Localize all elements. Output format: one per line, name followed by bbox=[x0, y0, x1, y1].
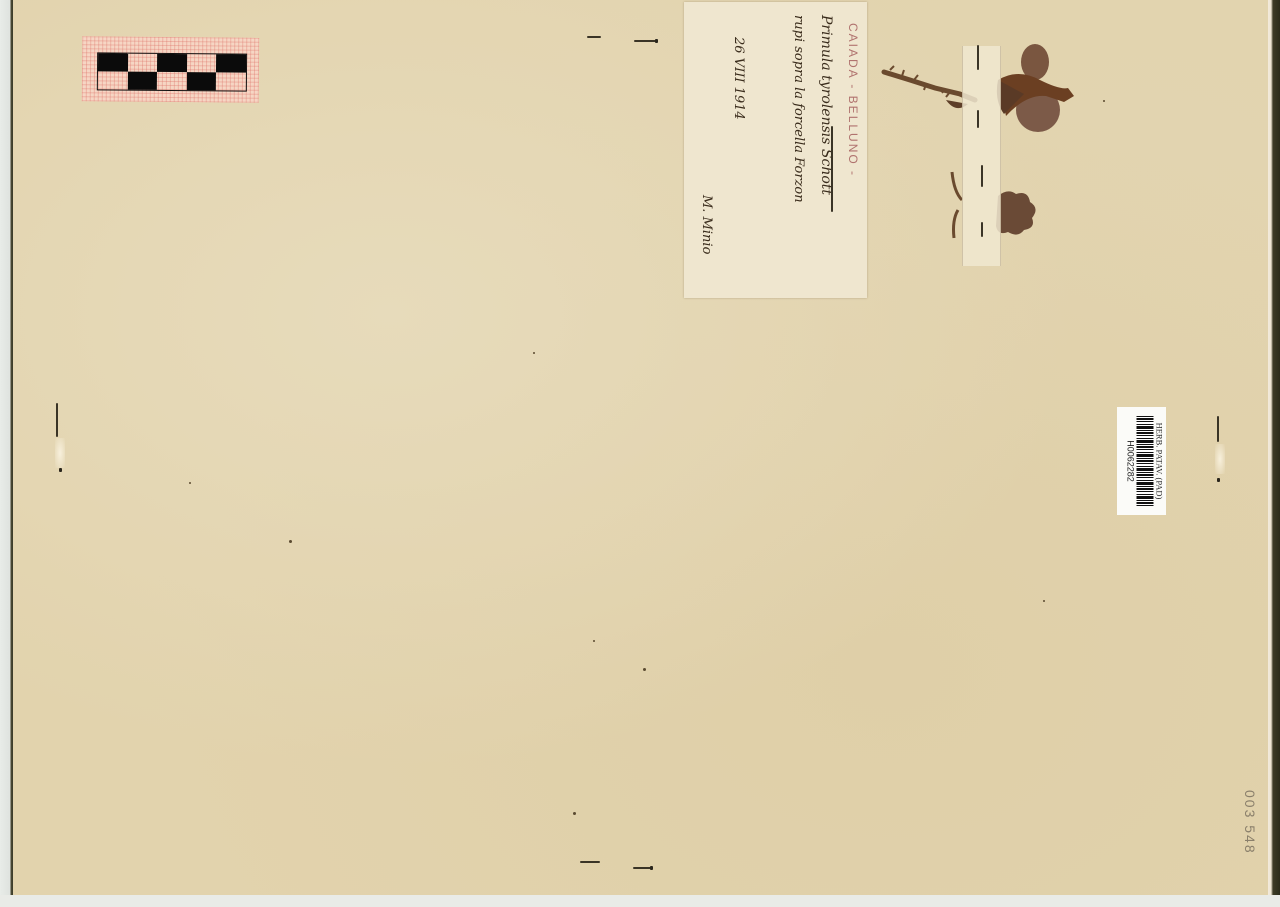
barcode-bars bbox=[1136, 416, 1153, 506]
pin bbox=[981, 222, 983, 237]
speck bbox=[573, 812, 576, 815]
scanner-border-left bbox=[0, 0, 13, 907]
paper-fold bbox=[55, 438, 65, 468]
barcode-label: HERB. PATAV. (PAD) H0062282 bbox=[1117, 407, 1166, 515]
pin-head bbox=[59, 468, 62, 472]
speck bbox=[643, 668, 646, 671]
label-habitat: rupi sopra la forcella Forzon bbox=[791, 15, 806, 203]
pin bbox=[587, 36, 601, 38]
speck bbox=[289, 540, 292, 543]
scale-checkerboard bbox=[97, 52, 247, 91]
pin bbox=[56, 403, 58, 437]
label-locality: CAIADA - BELLUNO - bbox=[846, 23, 860, 177]
pin bbox=[977, 110, 979, 128]
pin-head bbox=[650, 866, 653, 870]
accession-number: 003 548 bbox=[1242, 790, 1258, 855]
scanner-border-right bbox=[1268, 0, 1280, 907]
scale-bar bbox=[82, 36, 260, 103]
speck bbox=[533, 352, 535, 354]
pin bbox=[981, 165, 983, 187]
pin bbox=[1217, 416, 1219, 442]
pin-head bbox=[655, 39, 658, 43]
pin bbox=[580, 861, 600, 863]
scanner-border-bottom bbox=[0, 895, 1280, 907]
speck bbox=[593, 640, 595, 642]
pin-head bbox=[1217, 478, 1220, 482]
pin bbox=[977, 45, 979, 70]
barcode-code: H0062282 bbox=[1125, 410, 1135, 512]
label-collector: M. Minio bbox=[699, 195, 714, 254]
specimen-label: CAIADA - BELLUNO - Primula tyrolensis Sc… bbox=[684, 2, 867, 298]
pin bbox=[831, 126, 833, 212]
speck bbox=[189, 482, 191, 484]
barcode-institution: HERB. PATAV. (PAD) bbox=[1154, 410, 1164, 512]
speck bbox=[1103, 100, 1105, 102]
speck bbox=[1043, 600, 1045, 602]
label-date: 26 VIII 1914 bbox=[731, 37, 746, 120]
paper-fold bbox=[1215, 444, 1225, 474]
